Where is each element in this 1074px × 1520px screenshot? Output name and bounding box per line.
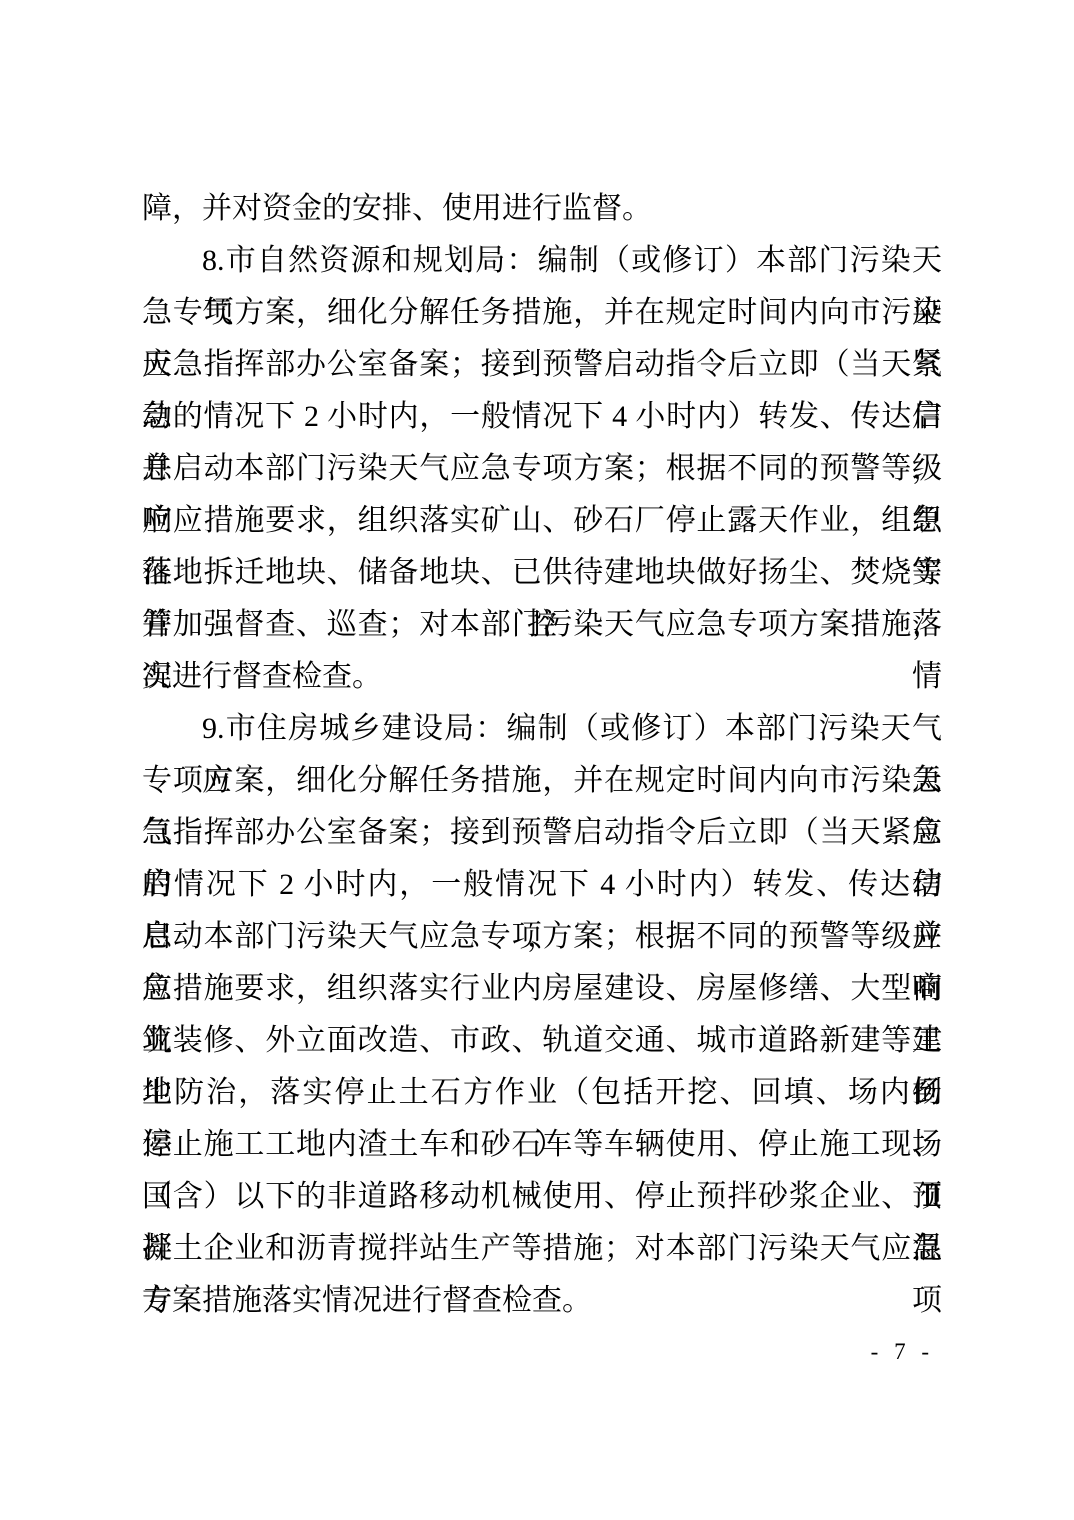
text-line: （含）以下的非道路移动机械使用、停止预拌砂浆企业、预拌混 — [142, 1171, 942, 1223]
text-line: 尘防治，落实停止土石方作业（包括开挖、回填、场内倒运）、 — [142, 1067, 942, 1119]
text-line: 8.市自然资源和规划局：编制（或修订）本部门污染天气应 — [142, 235, 942, 287]
text-line: 征地拆迁地块、储备地块、已供待建地块做好扬尘、焚烧等管控， — [142, 547, 942, 599]
text-line: 的情况下 2 小时内，一般情况下 4 小时内）转发、传达信息，并 — [142, 859, 942, 911]
text-line: 响应措施要求，组织落实矿山、砂石厂停止露天作业，组织落实 — [142, 495, 942, 547]
document-page: 障，并对资金的安排、使用进行监督。8.市自然资源和规划局：编制（或修订）本部门污… — [0, 0, 1074, 1520]
text-line: 启动本部门污染天气应急专项方案；根据不同的预警等级应急响 — [142, 911, 942, 963]
text-line: 急指挥部办公室备案；接到预警启动指令后立即（当天紧急启动 — [142, 807, 942, 859]
text-line: 障，并对资金的安排、使用进行监督。 — [142, 183, 942, 235]
text-line: 并启动本部门污染天气应急专项方案；根据不同的预警等级应急 — [142, 443, 942, 495]
document-body: 障，并对资金的安排、使用进行监督。8.市自然资源和规划局：编制（或修订）本部门污… — [142, 183, 942, 1327]
text-line: 凝土企业和沥青搅拌站生产等措施；对本部门污染天气应急专项 — [142, 1223, 942, 1275]
text-line: 停止施工工地内渣土车和砂石车等车辆使用、停止施工现场国Ⅱ — [142, 1119, 942, 1171]
text-line: 专项方案，细化分解任务措施，并在规定时间内向市污染天气应 — [142, 755, 942, 807]
page-number: - 7 - — [871, 1338, 934, 1366]
text-line: 应急指挥部办公室备案；接到预警启动指令后立即（当天紧急启 — [142, 339, 942, 391]
text-line: 急专项方案，细化分解任务措施，并在规定时间内向市污染天气 — [142, 287, 942, 339]
text-line: 应措施要求，组织落实行业内房屋建设、房屋修缮、大型商业建 — [142, 963, 942, 1015]
text-line: 9.市住房城乡建设局：编制（或修订）本部门污染天气应急 — [142, 703, 942, 755]
text-line: 动的情况下 2 小时内，一般情况下 4 小时内）转发、传达信息， — [142, 391, 942, 443]
text-line: 筑装修、外立面改造、市政、轨道交通、城市道路新建等工地扬 — [142, 1015, 942, 1067]
text-line: 并加强督查、巡查；对本部门污染天气应急专项方案措施落实情 — [142, 599, 942, 651]
